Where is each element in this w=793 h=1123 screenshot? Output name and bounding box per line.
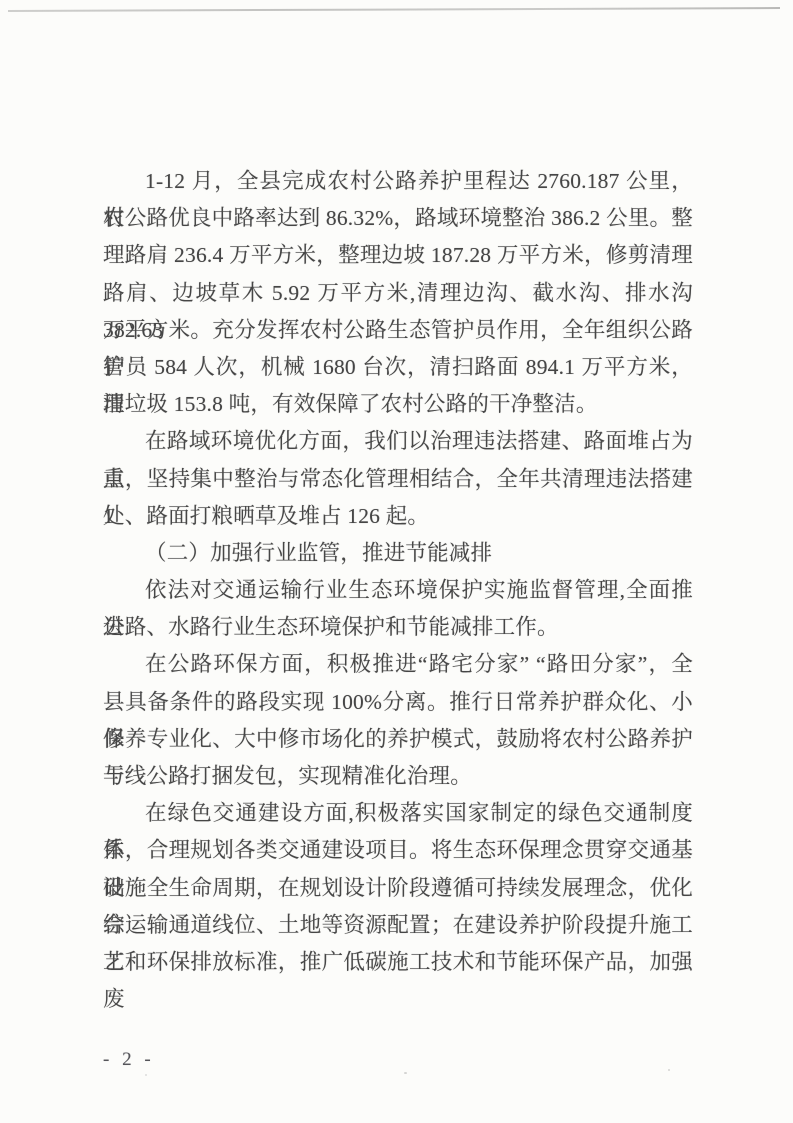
text-line: 理路肩 236.4 万平方米，整理边坡 187.28 万平方米，修剪清理: [103, 237, 693, 274]
text-line: 点，坚持集中整治与常态化管理相结合，全年共清理违法搭建 1: [103, 461, 693, 498]
text-line: 在路域环境优化方面，我们以治理违法搭建、路面堆占为重: [103, 423, 693, 460]
text-line: 村公路优良中路率达到 86.32%，路域环境整治 386.2 公里。整: [103, 200, 693, 237]
text-line: 在公路环保方面，积极推进“路宅分家” “路田分家”，全: [103, 646, 693, 683]
scan-artifact-line: [8, 7, 780, 12]
scan-speck: [404, 1072, 407, 1074]
text-line: 公路、水路行业生态环境保护和节能减排工作。: [103, 609, 693, 646]
text-line: 保养专业化、大中修市场化的养护模式，鼓励将农村公路养护与: [103, 721, 693, 758]
text-line: 依法对交通运输行业生态环境保护实施监督管理,全面推进: [103, 572, 693, 609]
text-line: 系，合理规划各类交通建设项目。将生态环保理念贯穿交通基础: [103, 832, 693, 869]
scan-speck: [145, 1074, 147, 1076]
text-line: 合运输通道线位、土地等资源配置；在建设养护阶段提升施工工: [103, 907, 693, 944]
text-line: 理垃圾 153.8 吨，有效保障了农村公路的干净整洁。: [103, 386, 693, 423]
text-line: 护员 584 人次，机械 1680 台次，清扫路面 894.1 万平方米，清: [103, 349, 693, 386]
page-number: - 2 -: [103, 1048, 152, 1072]
text-line: 干线公路打捆发包，实现精准化治理。: [103, 758, 693, 795]
text-line: 万平方米。充分发挥农村公路生态管护员作用，全年组织公路管: [103, 312, 693, 349]
text-line: 处、路面打粮晒草及堆占 126 起。: [103, 498, 693, 535]
text-line: 在绿色交通建设方面,积极落实国家制定的绿色交通制度体: [103, 795, 693, 832]
text-line: 路肩、边坡草木 5.92 万平方米,清理边沟、截水沟、排水沟 382.63: [103, 275, 693, 312]
scan-speck: [668, 1069, 670, 1071]
text-line: 1-12 月，全县完成农村公路养护里程达 2760.187 公里，农: [103, 163, 693, 200]
text-line: 设施全生命周期，在规划设计阶段遵循可持续发展理念，优化综: [103, 870, 693, 907]
scanned-document-page: 1-12 月，全县完成农村公路养护里程达 2760.187 公里，农 村公路优良…: [0, 0, 793, 1123]
text-line: 县具备条件的路段实现 100%分离。推行日常养护群众化、小修: [103, 684, 693, 721]
document-body: 1-12 月，全县完成农村公路养护里程达 2760.187 公里，农 村公路优良…: [103, 163, 693, 981]
text-line: 艺和环保排放标准，推广低碳施工技术和节能环保产品，加强废: [103, 944, 693, 981]
section-heading: （二）加强行业监管，推进节能减排: [103, 535, 693, 572]
